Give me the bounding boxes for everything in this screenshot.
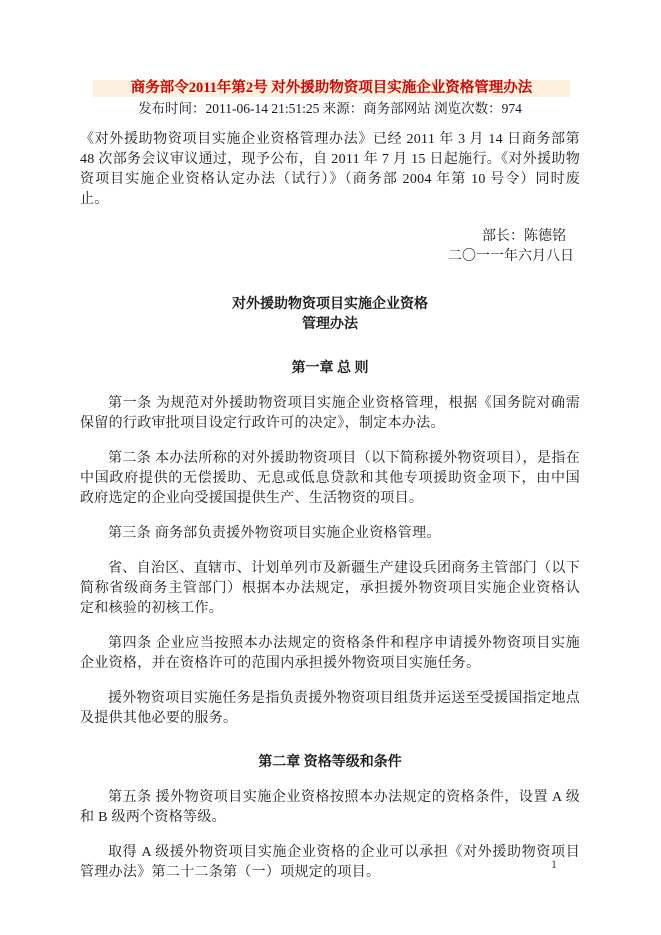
document-page: 商务部令2011年第2号 对外援助物资项目实施企业资格管理办法 发布时间：201…: [0, 0, 661, 935]
article-paragraph: 第四条 企业应当按照本办法规定的资格条件和程序申请援外物资项目实施企业资格，并在…: [80, 634, 580, 674]
article-paragraph: 取得 A 级援外物资项目实施企业资格的企业可以承担《对外援助物资项目管理办法》第…: [80, 843, 580, 883]
regulation-title-line1: 对外援助物资项目实施企业资格: [80, 295, 580, 315]
decree-title-banner: 商务部令2011年第2号 对外援助物资项目实施企业资格管理办法: [93, 80, 570, 97]
minister-signature: 部长：陈德铭: [80, 227, 580, 247]
document-content: 商务部令2011年第2号 对外援助物资项目实施企业资格管理办法 发布时间：201…: [80, 80, 580, 883]
chapter-heading: 第二章 资格等级和条件: [80, 753, 580, 773]
article-paragraph: 第五条 援外物资项目实施企业资格按照本办法规定的资格条件，设置 A 级和 B 级…: [80, 788, 580, 828]
page-number: 1: [551, 856, 557, 872]
article-paragraph: 第一条 为规范对外援助物资项目实施企业资格管理，根据《国务院对确需保留的行政审批…: [80, 394, 580, 434]
article-paragraph: 第二条 本办法所称的对外援助物资项目（以下简称援外物资项目），是指在中国政府提供…: [80, 449, 580, 509]
announcement-paragraph: 《对外援助物资项目实施企业资格管理办法》已经 2011 年 3 月 14 日商务…: [80, 130, 580, 210]
publication-meta: 发布时间：2011-06-14 21:51:25 来源：商务部网站 浏览次数：9…: [80, 100, 580, 118]
article-paragraph: 第三条 商务部负责援外物资项目实施企业资格管理。: [80, 524, 580, 544]
regulation-body: 第一章 总 则第一条 为规范对外援助物资项目实施企业资格管理，根据《国务院对确需…: [80, 359, 580, 883]
chapter-heading: 第一章 总 则: [80, 359, 580, 379]
regulation-title-line2: 管理办法: [80, 315, 580, 335]
article-paragraph: 省、自治区、直辖市、计划单列市及新疆生产建设兵团商务主管部门（以下简称省级商务主…: [80, 559, 580, 619]
article-paragraph: 援外物资项目实施任务是指负责援外物资项目组货并运送至受援国指定地点及提供其他必要…: [80, 689, 580, 729]
regulation-title: 对外援助物资项目实施企业资格 管理办法: [80, 295, 580, 335]
signature-date: 二〇一一年六月八日: [80, 247, 580, 267]
